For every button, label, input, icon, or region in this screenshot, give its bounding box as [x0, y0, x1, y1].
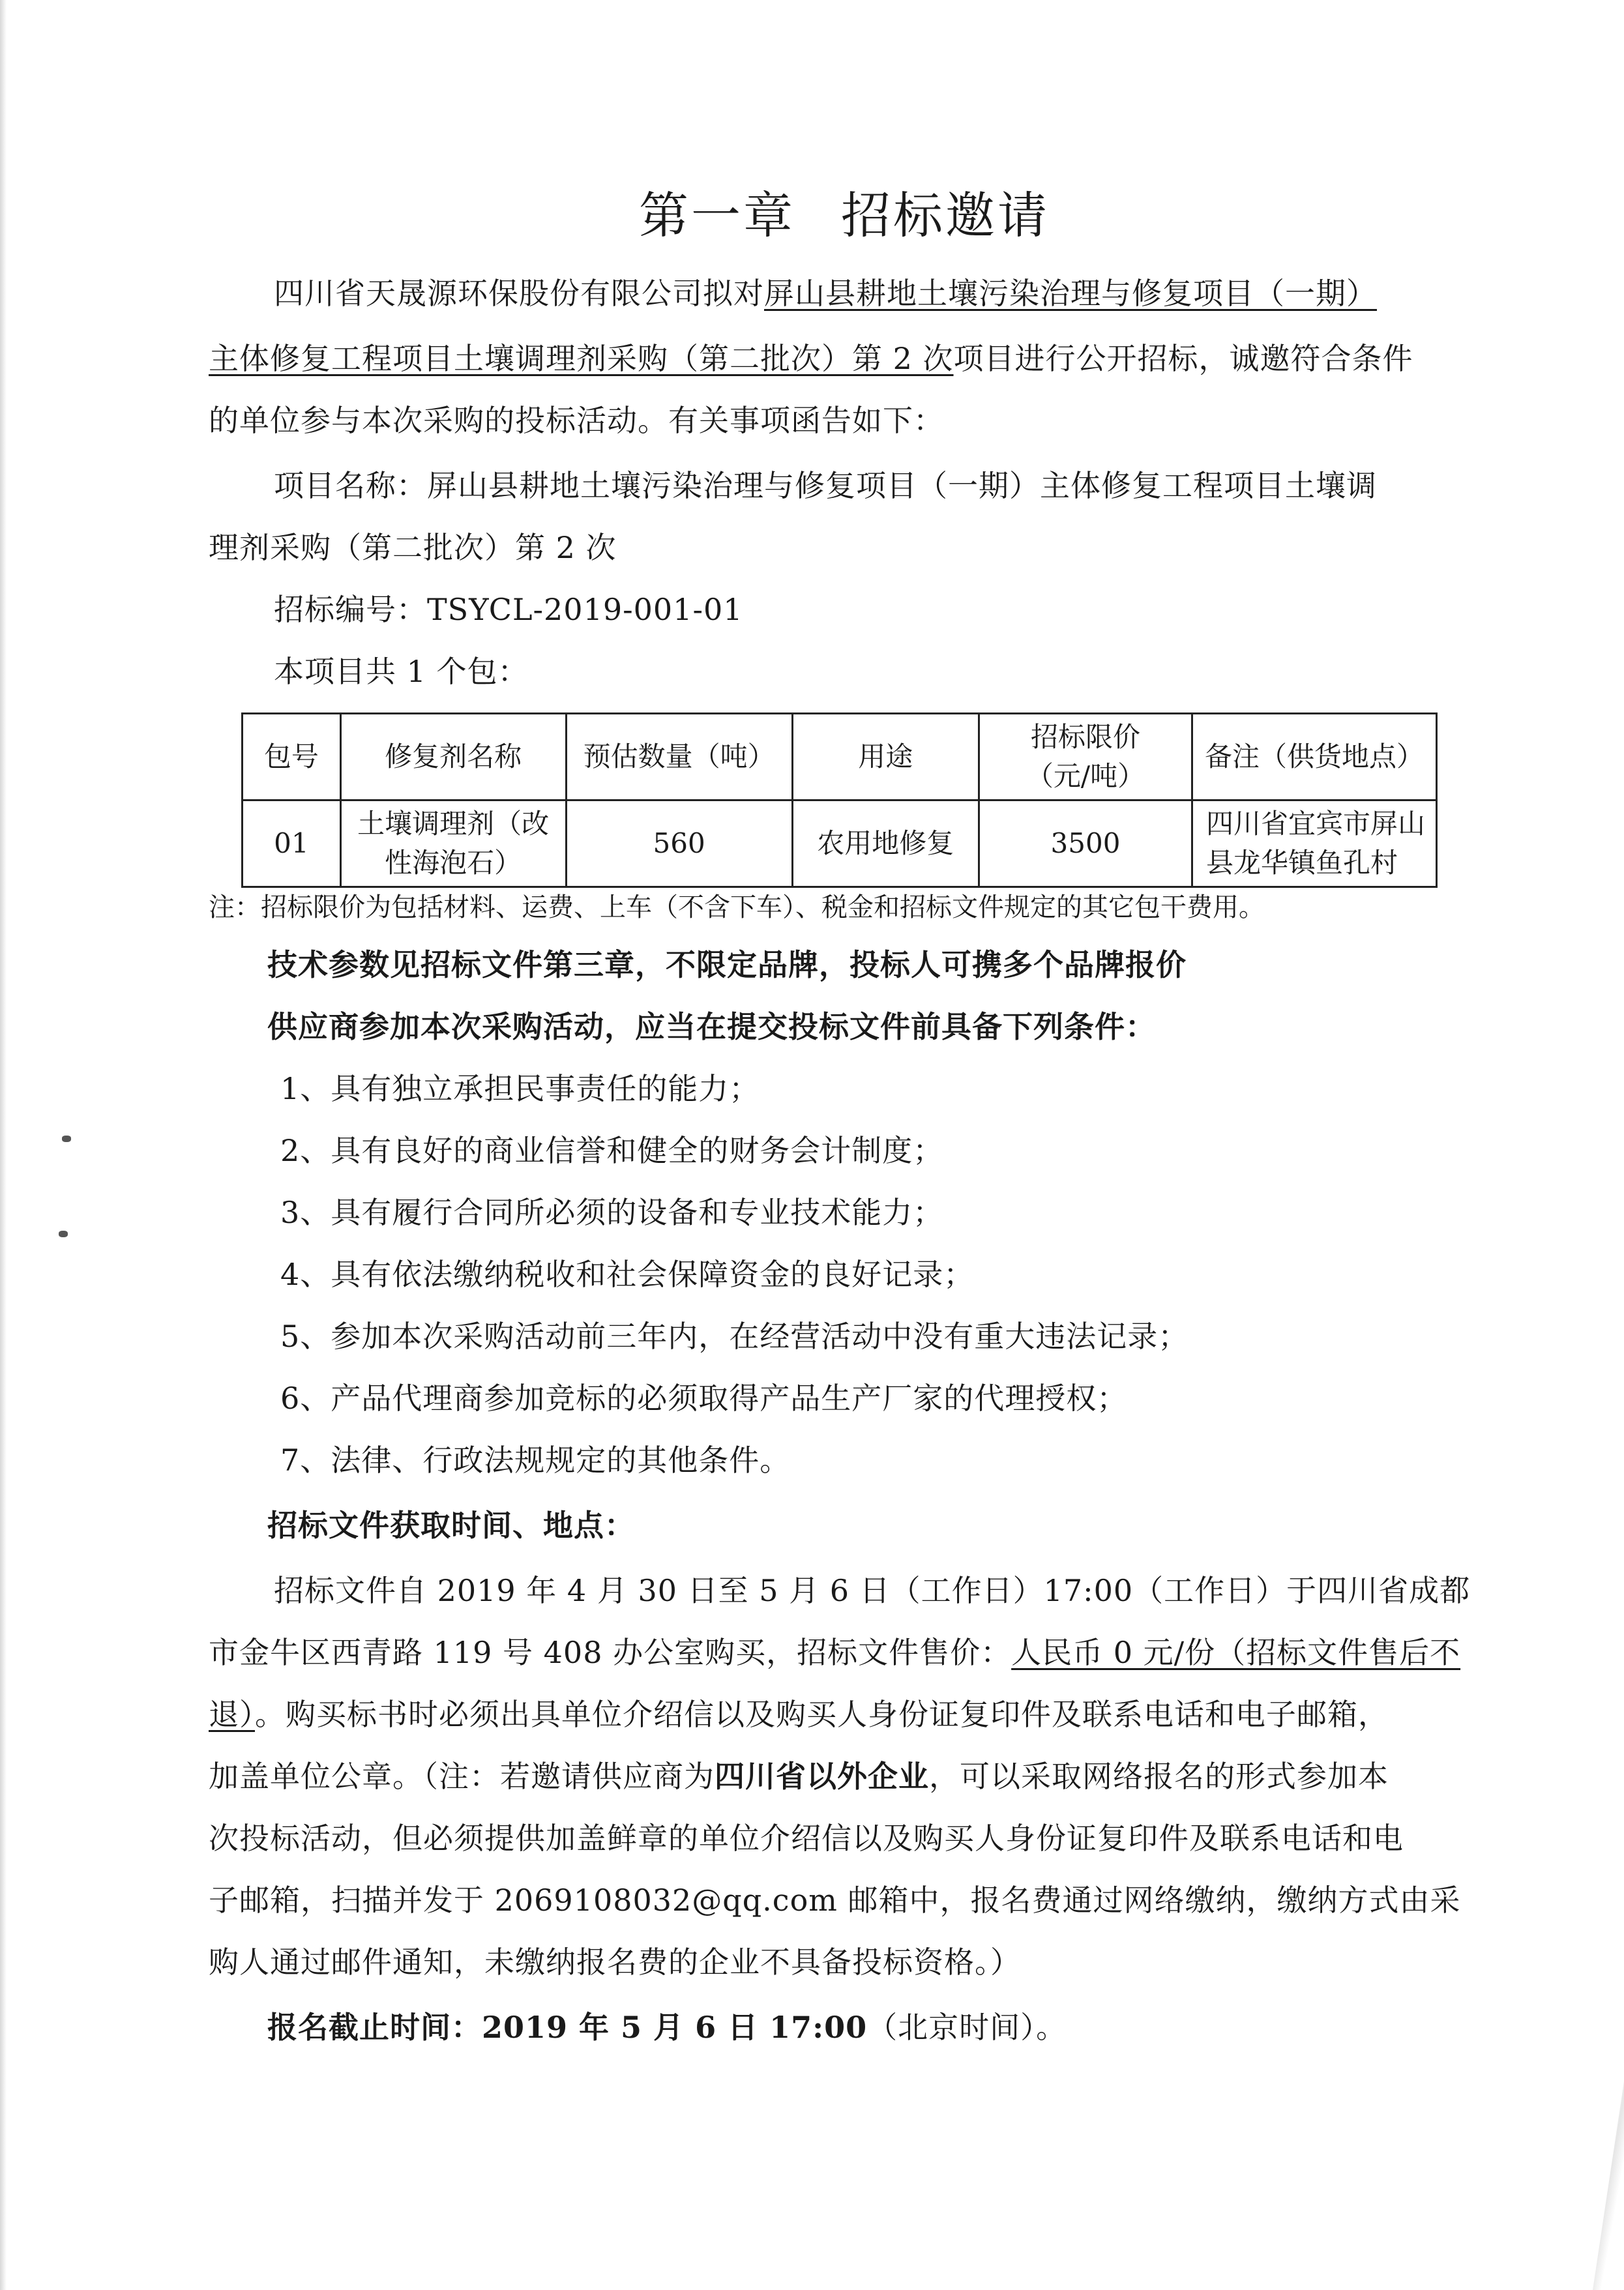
scan-speck [59, 1231, 68, 1237]
header-usage: 用途 [792, 714, 979, 800]
header-quantity: 预估数量（吨） [566, 714, 792, 800]
requirement-item: 1、具有独立承担民事责任的能力； [280, 1069, 760, 1108]
header-price-limit: 招标限价 （元/吨） [979, 714, 1192, 800]
page-title: 第一章招标邀请 [209, 176, 1480, 247]
doc-acquisition-line-5: 次投标活动，但必须提供加盖鲜章的单位介绍信以及购买人身份证复印件及联系电话和电 [209, 1819, 1404, 1858]
registration-deadline: 报名截止时间：2019 年 5 月 6 日 17:00（北京时间）。 [267, 2008, 1067, 2047]
intro-line-2: 主体修复工程项目土壤调理剂采购（第二批次）第 2 次项目进行公开招标，诚邀符合条… [209, 339, 1413, 378]
header-package-no: 包号 [243, 714, 341, 800]
doc-acquisition-line-1: 招标文件自 2019 年 4 月 30 日至 5 月 6 日（工作日）17:00… [274, 1571, 1470, 1610]
doc-price-underlined: 人民币 0 元/份（招标文件售后不 [1011, 1635, 1460, 1670]
header-remark: 备注（供货地点） [1192, 714, 1437, 800]
page-curl-artifact [1585, 2081, 1624, 2290]
out-of-province-bold: 四川省以外企业 [715, 1759, 929, 1794]
cell-quantity: 560 [566, 800, 792, 887]
cell-agent-name: 土壤调理剂（改 性海泡石） [340, 800, 566, 887]
requirement-item: 7、法律、行政法规规定的其他条件。 [280, 1441, 790, 1480]
tech-params-note: 技术参数见招标文件第三章，不限定品牌，投标人可携多个品牌报价 [267, 945, 1187, 984]
doc-price-underlined: 退） [209, 1697, 255, 1732]
doc-acquisition-line-4: 加盖单位公章。（注：若邀请供应商为四川省以外企业，可以采取网络报名的形式参加本 [209, 1757, 1389, 1796]
intro-line-3: 的单位参与本次采购的投标活动。有关事项函告如下： [209, 401, 944, 440]
table-note: 注：招标限价为包括材料、运费、上车（不含下车）、税金和招标文件规定的其它包干费用… [209, 888, 1265, 927]
cell-package-no: 01 [243, 800, 341, 887]
project-name-line-2: 理剂采购（第二批次）第 2 次 [209, 528, 617, 567]
project-name-underlined: 主体修复工程项目土壤调理剂采购（第二批次）第 2 次 [209, 341, 954, 376]
requirement-item: 2、具有良好的商业信誉和健全的财务会计制度； [280, 1131, 943, 1170]
intro-line-1: 四川省天晟源环保股份有限公司拟对屏山县耕地土壤污染治理与修复项目（一期） [274, 274, 1377, 313]
requirement-item: 5、参加本次采购活动前三年内，在经营活动中没有重大违法记录； [280, 1317, 1188, 1356]
doc-acquisition-line-7: 购人通过邮件通知，未缴纳报名费的企业不具备投标资格。） [209, 1943, 1021, 1982]
package-table: 包号 修复剂名称 预估数量（吨） 用途 招标限价 （元/吨） 备注（供货地点） … [241, 712, 1438, 888]
scan-speck [62, 1136, 71, 1142]
cell-remark: 四川省宜宾市屏山 县龙华镇鱼孔村 [1192, 800, 1437, 887]
cell-usage: 农用地修复 [792, 800, 979, 887]
requirement-item: 6、产品代理商参加竞标的必须取得产品生产厂家的代理授权； [280, 1379, 1127, 1418]
chapter-label: 第一章 [639, 186, 795, 244]
table-header-row: 包号 修复剂名称 预估数量（吨） 用途 招标限价 （元/吨） 备注（供货地点） [243, 714, 1437, 800]
requirement-item: 4、具有依法缴纳税收和社会保障资金的良好记录； [280, 1255, 974, 1294]
bid-number: 招标编号：TSYCL-2019-001-01 [274, 590, 743, 629]
doc-acquisition-heading: 招标文件获取时间、地点： [267, 1506, 635, 1545]
package-count: 本项目共 1 个包： [274, 652, 529, 691]
project-name-line-1: 项目名称：屏山县耕地土壤污染治理与修复项目（一期）主体修复工程项目土壤调 [274, 466, 1377, 505]
doc-acquisition-line-3: 退）。购买标书时必须出具单位介绍信以及购买人身份证复印件及联系电话和电子邮箱， [209, 1695, 1389, 1734]
requirement-item: 3、具有履行合同所必须的设备和专业技术能力； [280, 1193, 943, 1232]
bid-number-value: TSYCL-2019-001-01 [427, 592, 743, 627]
cell-price-limit: 3500 [979, 800, 1192, 887]
scan-edge-shadow [0, 0, 7, 2290]
deadline-value: 2019 年 5 月 6 日 17:00 [482, 2010, 867, 2045]
requirements-intro: 供应商参加本次采购活动，应当在提交投标文件前具备下列条件： [267, 1007, 1156, 1046]
doc-acquisition-line-6: 子邮箱，扫描并发于 2069108032@qq.com 邮箱中，报名费通过网络缴… [209, 1881, 1461, 1920]
table-row: 01 土壤调理剂（改 性海泡石） 560 农用地修复 3500 四川省宜宾市屏山… [243, 800, 1437, 887]
header-agent-name: 修复剂名称 [340, 714, 566, 800]
project-name-underlined: 屏山县耕地土壤污染治理与修复项目（一期） [764, 276, 1377, 311]
doc-acquisition-line-2: 市金牛区西青路 119 号 408 办公室购买，招标文件售价：人民币 0 元/份… [209, 1633, 1460, 1672]
chapter-title: 招标邀请 [841, 186, 1050, 244]
